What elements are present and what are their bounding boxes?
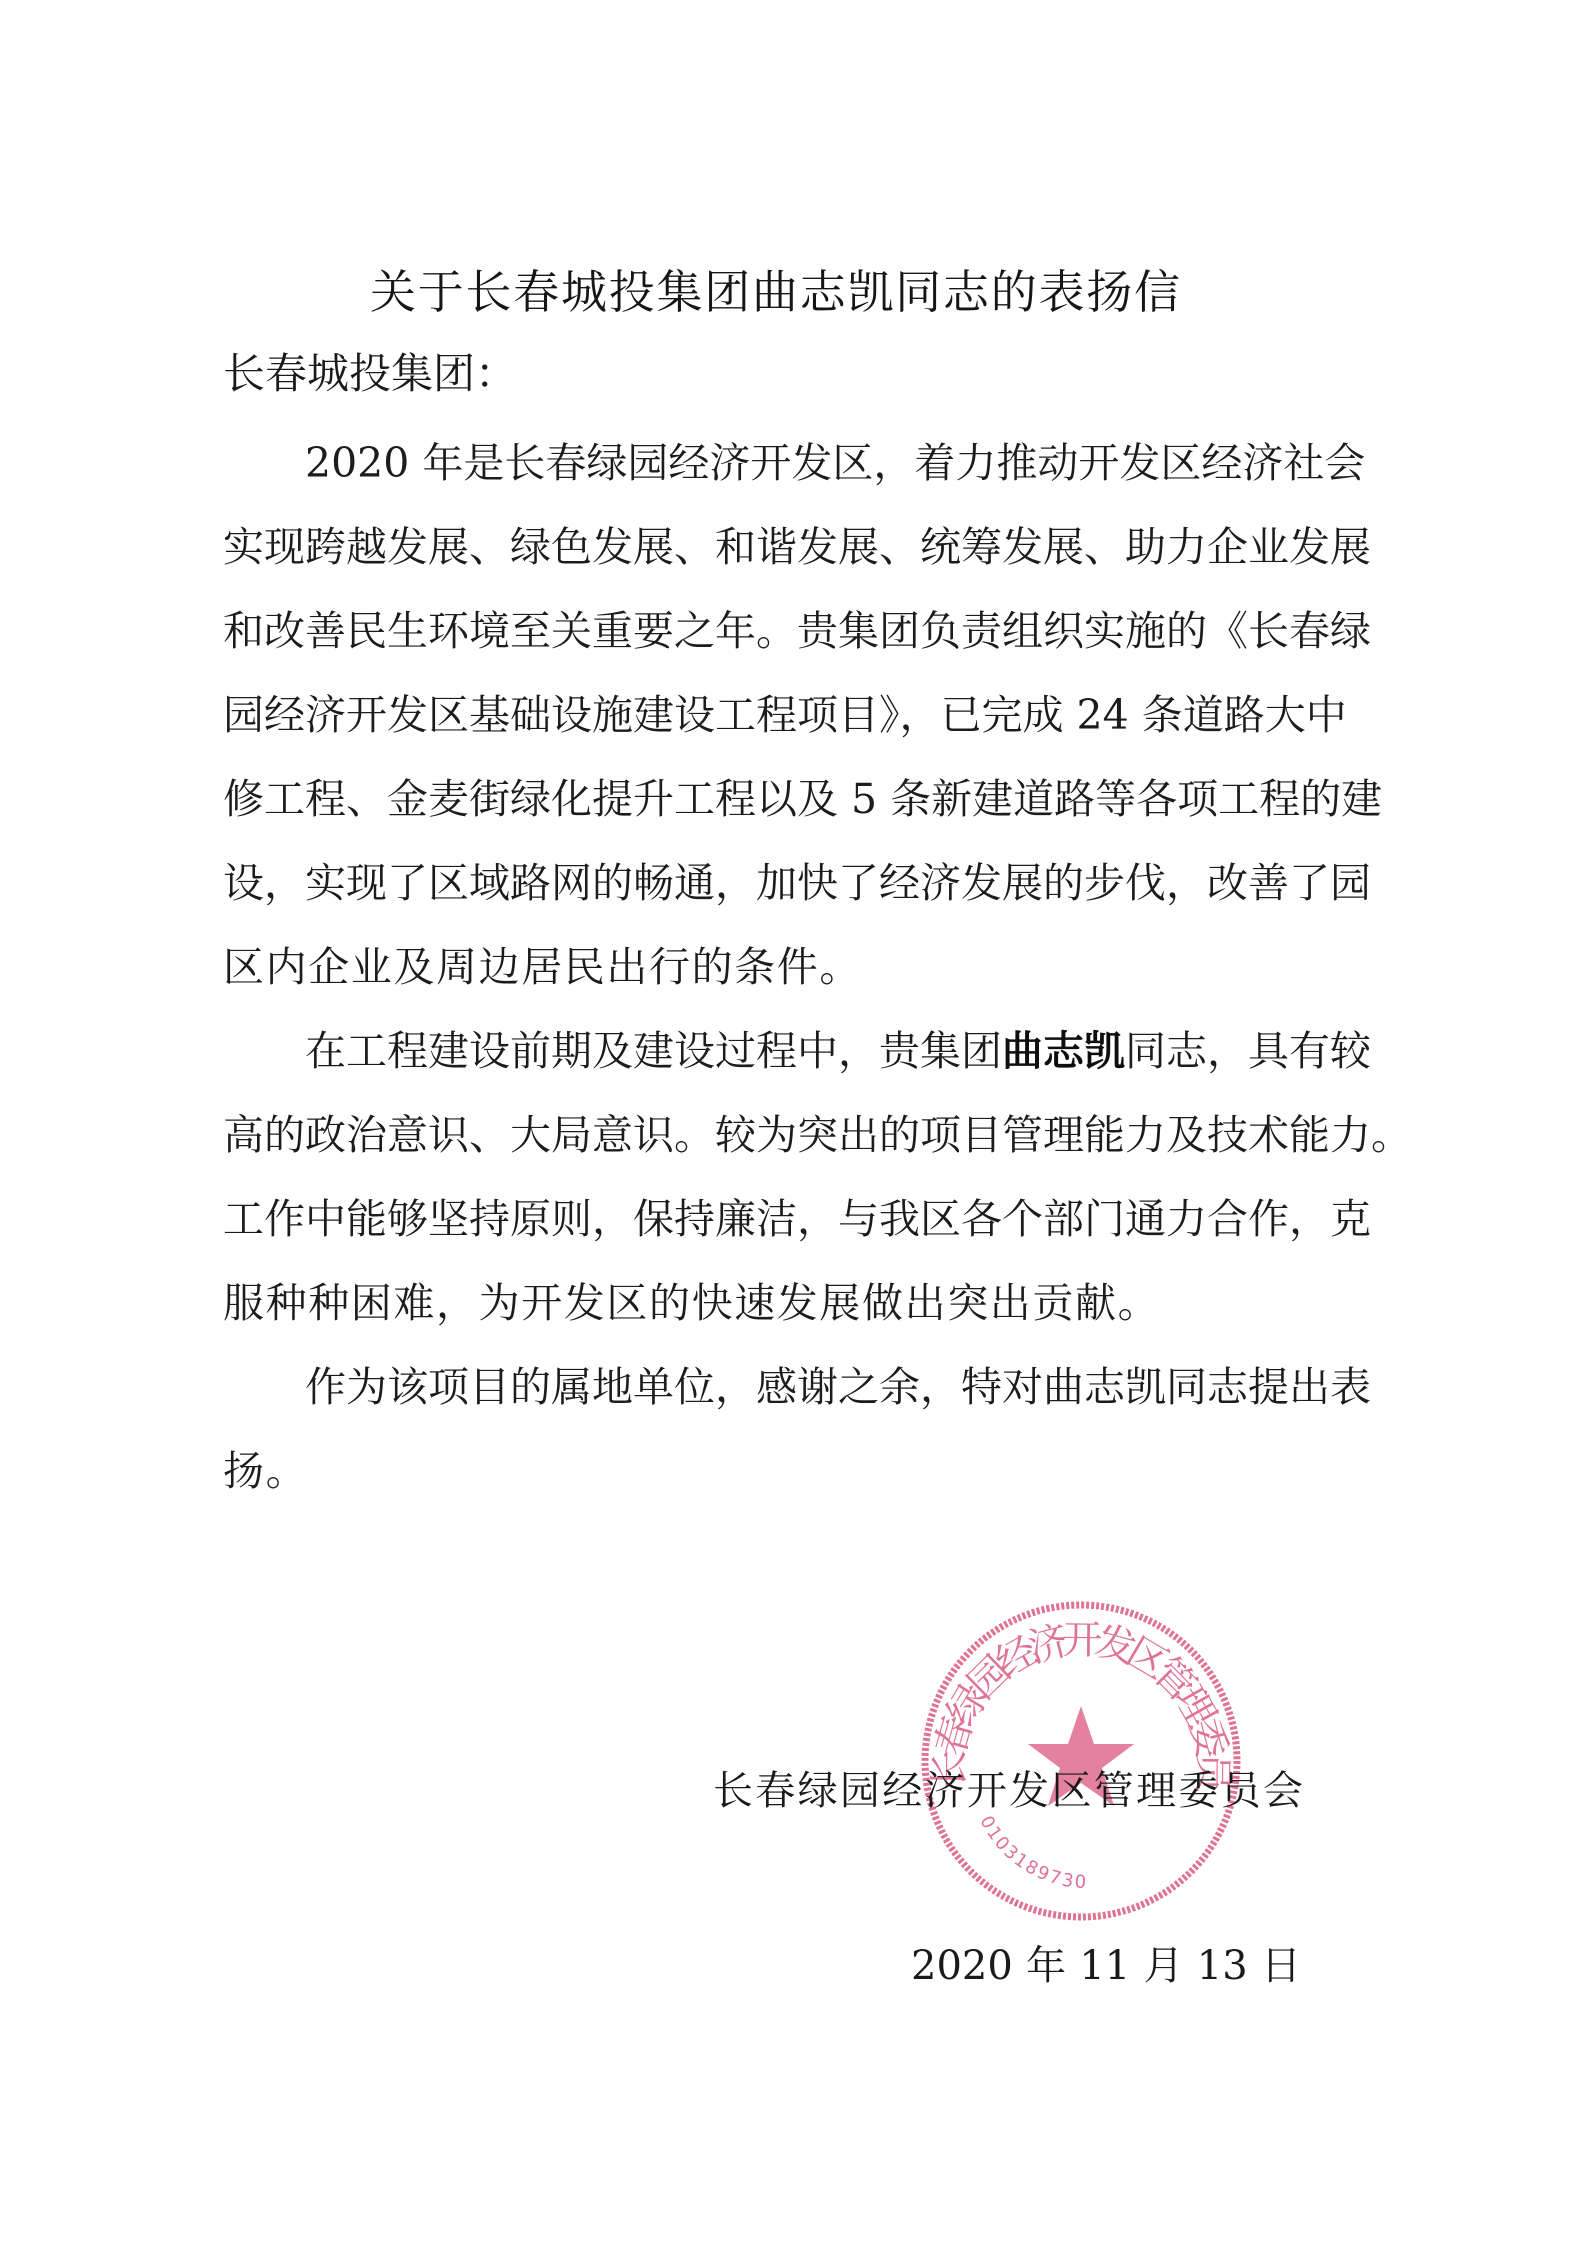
body-line: 高的政治意识、大局意识。较为突出的项目管理能力及技术能力。 — [223, 1109, 1330, 1161]
body-line: 在工程建设前期及建设过程中，贵集团曲志凯同志，具有较 — [305, 1025, 1330, 1077]
body-line: 设，实现了区域路网的畅通，加快了经济发展的步伐，改善了园 — [223, 857, 1330, 909]
issue-date: 2020 年 11 月 13 日 — [911, 1940, 1301, 1992]
body-line: 2020 年是长春绿园经济开发区，着力推动开发区经济社会 — [305, 437, 1330, 489]
body-line: 工作中能够坚持原则，保持廉洁，与我区各个部门通力合作，克 — [223, 1193, 1330, 1245]
date-day: 13 — [1197, 1940, 1248, 1992]
body-line: 作为该项目的属地单位，感谢之余，特对曲志凯同志提出表 — [305, 1361, 1330, 1413]
salutation: 长春城投集团： — [223, 348, 517, 400]
body-line: 修工程、金麦街绿化提升工程以及 5 条新建道路等各项工程的建 — [223, 773, 1330, 825]
seal-serial-number: 0103189730 — [975, 1812, 1088, 1893]
body-line: 和改善民生环境至关重要之年。贵集团负责组织实施的《长春绿 — [223, 605, 1330, 657]
body-line: 园经济开发区基础设施建设工程项目》，已完成 24 条道路大中 — [223, 689, 1330, 741]
date-month: 11 — [1079, 1940, 1130, 1992]
date-month-unit: 月 — [1144, 1940, 1184, 1992]
honoree-name: 曲志凯 — [1002, 1027, 1125, 1075]
page-title: 关于长春城投集团曲志凯同志的表扬信 — [370, 262, 1180, 322]
date-year-unit: 年 — [1026, 1940, 1066, 1992]
body-line: 区内企业及周边居民出行的条件。 — [223, 941, 1330, 993]
body-line: 实现跨越发展、绿色发展、和谐发展、统筹发展、助力企业发展 — [223, 521, 1330, 573]
body-text: 同志，具有较 — [1125, 1027, 1371, 1075]
date-year: 2020 — [911, 1940, 1013, 1992]
date-day-unit: 日 — [1261, 1940, 1301, 1992]
body-text: 在工程建设前期及建设过程中，贵集团 — [305, 1027, 1002, 1075]
issuer-signature: 长春绿园经济开发区管理委员会 — [713, 1765, 1303, 1817]
official-seal: 长春绿园经济开发区管理委员会 0103189730 — [918, 1598, 1244, 1924]
body-line: 服种种困难，为开发区的快速发展做出突出贡献。 — [223, 1277, 1330, 1329]
letter-page: 关于长春城投集团曲志凯同志的表扬信 长春城投集团： 2020 年是长春绿园经济开… — [0, 0, 1586, 2242]
body-line: 扬。 — [223, 1445, 1330, 1497]
